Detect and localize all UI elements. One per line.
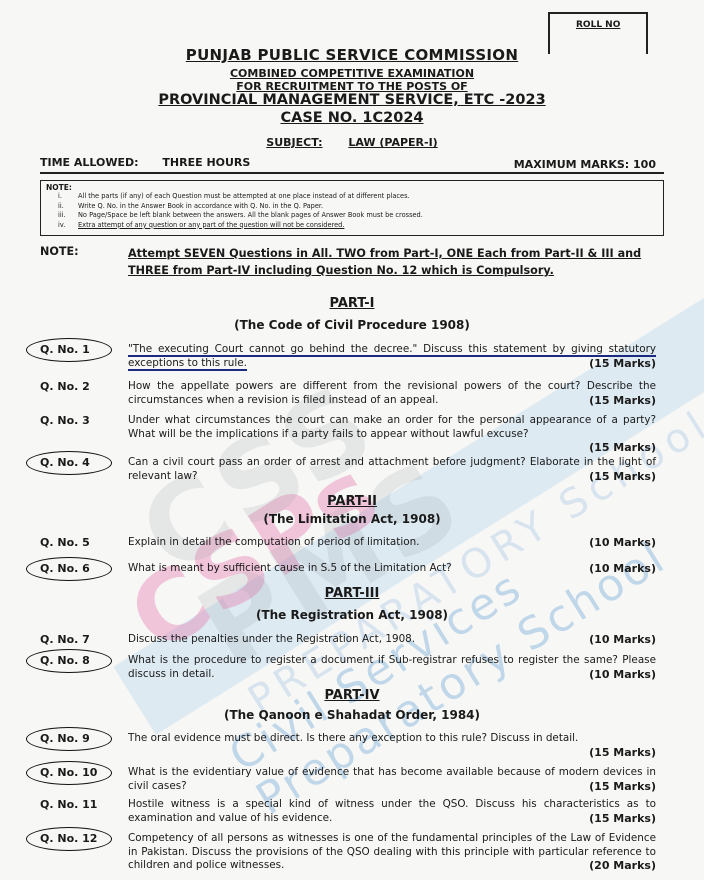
time-allowed-label: TIME ALLOWED: <box>40 156 139 169</box>
question-marks: (15 Marks) <box>589 357 656 371</box>
question-number: Q. No. 5 <box>40 536 120 549</box>
question-text: What is the evidentiary value of evidenc… <box>128 766 656 793</box>
question-5: Q. No. 5 Explain in detail the computati… <box>40 536 670 550</box>
question-marks: (10 Marks) <box>589 562 656 576</box>
question-number: Q. No. 8 <box>40 654 120 667</box>
question-marks: (15 Marks) <box>128 441 656 454</box>
case-number: CASE NO. 1C2024 <box>0 110 704 126</box>
question-marks: (15 Marks) <box>589 470 656 484</box>
instruction-item: i.All the parts (if any) of each Questio… <box>58 192 658 202</box>
maximum-marks: MAXIMUM MARKS: 100 <box>514 158 656 171</box>
question-text: "The executing Court cannot go behind th… <box>128 343 656 370</box>
question-1: Q. No. 1 "The executing Court cannot go … <box>40 343 670 370</box>
question-marks: (10 Marks) <box>589 536 656 550</box>
question-text: Hostile witness is a special kind of wit… <box>128 798 656 825</box>
question-9: Q. No. 9 The oral evidence must be direc… <box>40 732 670 759</box>
question-text: Competency of all persons as witnesses i… <box>128 832 656 873</box>
question-text: Under what circumstances the court can m… <box>128 414 656 441</box>
exam-title: COMBINED COMPETITIVE EXAMINATION <box>0 67 704 80</box>
instruction-item: iv.Extra attempt of any question or any … <box>58 221 658 231</box>
time-allowed-value: THREE HOURS <box>162 156 250 169</box>
question-7: Q. No. 7 Discuss the penalties under the… <box>40 633 670 647</box>
instruction-item: iii.No Page/Space be left blank between … <box>58 211 658 221</box>
subject-line: SUBJECT: LAW (PAPER-I) <box>0 136 704 149</box>
question-marks: (15 Marks) <box>128 746 656 759</box>
question-text: Discuss the penalties under the Registra… <box>128 633 656 647</box>
instruction-item: ii.Write Q. No. in the Answer Book in ac… <box>58 202 658 212</box>
question-marks: (15 Marks) <box>589 780 656 794</box>
question-10: Q. No. 10 What is the evidentiary value … <box>40 766 670 793</box>
question-number: Q. No. 4 <box>40 456 120 469</box>
question-4: Q. No. 4 Can a civil court pass an order… <box>40 456 670 483</box>
question-number: Q. No. 9 <box>40 732 120 745</box>
question-number: Q. No. 1 <box>40 343 120 356</box>
part-2-title: PART-II <box>0 494 704 509</box>
commission-title: PUNJAB PUBLIC SERVICE COMMISSION <box>0 46 704 64</box>
part-3-title: PART-III <box>0 586 704 601</box>
question-8: Q. No. 8 What is the procedure to regist… <box>40 654 670 681</box>
main-note: NOTE: Attempt SEVEN Questions in All. TW… <box>40 245 670 279</box>
question-2: Q. No. 2 How the appellate powers are di… <box>40 380 670 407</box>
question-11: Q. No. 11 Hostile witness is a special k… <box>40 798 670 825</box>
question-12: Q. No. 12 Competency of all persons as w… <box>40 832 670 873</box>
question-number: Q. No. 3 <box>40 414 120 427</box>
question-number: Q. No. 6 <box>40 562 120 575</box>
part-2-act: (The Limitation Act, 1908) <box>0 512 704 526</box>
question-number: Q. No. 11 <box>40 798 120 811</box>
question-marks: (10 Marks) <box>589 633 656 647</box>
question-number: Q. No. 2 <box>40 380 120 393</box>
question-6: Q. No. 6 What is meant by sufficient cau… <box>40 562 670 576</box>
roll-number-label: ROLL NO <box>576 20 620 30</box>
question-marks: (15 Marks) <box>589 394 656 408</box>
question-number: Q. No. 12 <box>40 832 120 845</box>
part-4-title: PART-IV <box>0 688 704 703</box>
question-marks: (10 Marks) <box>589 668 656 682</box>
part-1-act: (The Code of Civil Procedure 1908) <box>0 318 704 332</box>
exam-paper-page: CSPs CSS PMS PREPARATORY School Civil Se… <box>0 0 704 880</box>
question-text: What is meant by sufficient cause in S.5… <box>128 562 656 576</box>
instructions-title: NOTE: <box>46 183 658 192</box>
posts-title: PROVINCIAL MANAGEMENT SERVICE, ETC -2023 <box>0 92 704 108</box>
question-number: Q. No. 7 <box>40 633 120 646</box>
question-marks: (20 Marks) <box>589 859 656 873</box>
instructions-box: NOTE: i.All the parts (if any) of each Q… <box>40 180 664 236</box>
question-text: What is the procedure to register a docu… <box>128 654 656 681</box>
question-3: Q. No. 3 Under what circumstances the co… <box>40 414 670 454</box>
part-4-act: (The Qanoon e Shahadat Order, 1984) <box>0 708 704 722</box>
question-text: The oral evidence must be direct. Is the… <box>128 732 656 746</box>
time-marks-row: TIME ALLOWED: THREE HOURS MAXIMUM MARKS:… <box>40 156 664 174</box>
subject-value: LAW (PAPER-I) <box>348 136 437 149</box>
part-3-act: (The Registration Act, 1908) <box>0 608 704 622</box>
question-number: Q. No. 10 <box>40 766 120 779</box>
part-1-title: PART-I <box>0 296 704 311</box>
main-note-text: Attempt SEVEN Questions in All. TWO from… <box>128 245 670 279</box>
question-text: Explain in detail the computation of per… <box>128 536 656 550</box>
subject-label: SUBJECT: <box>266 136 322 149</box>
question-text: How the appellate powers are different f… <box>128 380 656 407</box>
question-text: Can a civil court pass an order of arres… <box>128 456 656 483</box>
question-marks: (15 Marks) <box>589 812 656 826</box>
main-note-label: NOTE: <box>40 245 79 258</box>
